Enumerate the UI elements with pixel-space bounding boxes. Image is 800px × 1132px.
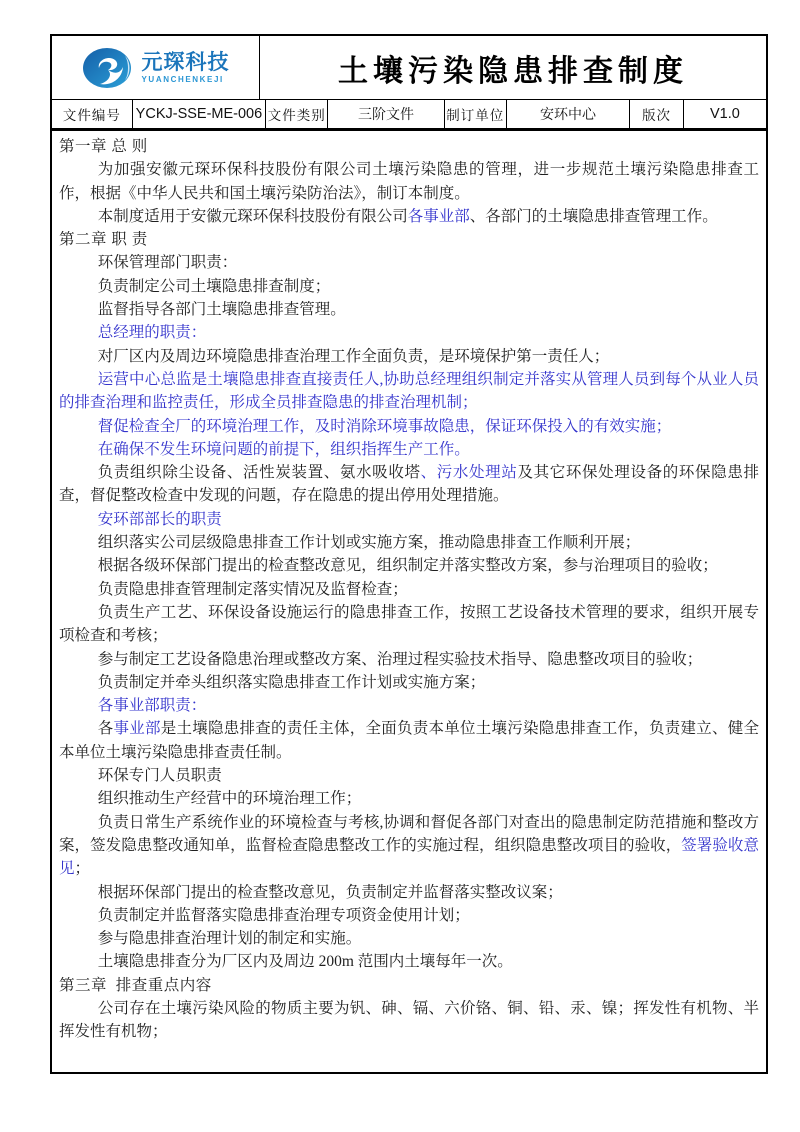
text-segment: 土壤隐患排查分为厂区内及周边 200m 范围内土壤每年一次。	[98, 953, 513, 970]
paragraph: 监督指导各部门土壤隐患排查管理。	[59, 298, 759, 321]
text-segment: 负责日常生产系统作业的环境检查与考核,协调和督促各部门对查出的隐患制定防范措施和…	[59, 814, 759, 854]
doc-number-label: 文件编号	[52, 100, 133, 128]
paragraph: 运营中心总监是土壤隐患排查直接责任人,协助总经理组织制定并落实从管理人员到每个从…	[59, 368, 759, 415]
text-segment: 根据环保部门提出的检查整改意见，负责制定并监督落实整改议案；	[98, 884, 563, 901]
text-segment: 负责制定并牵头组织落实隐患排查工作计划或实施方案；	[98, 674, 486, 691]
text-segment: 第三章 排查重点内容	[59, 977, 212, 994]
paragraph: 负责日常生产系统作业的环境检查与考核,协调和督促各部门对查出的隐患制定防范措施和…	[59, 811, 759, 881]
text-segment: 督促检查全厂的环境治理工作，及时消除环境事故隐患，保证环保投入的有效实施；	[98, 418, 672, 435]
text-segment: 负责制定公司土壤隐患排查制度；	[98, 278, 331, 295]
paragraph: 土壤隐患排查分为厂区内及周边 200m 范围内土壤每年一次。	[59, 950, 759, 973]
paragraph: 督促检查全厂的环境治理工作，及时消除环境事故隐患，保证环保投入的有效实施；	[59, 415, 759, 438]
paragraph: 总经理的职责：	[59, 321, 759, 344]
text-segment: 监督指导各部门土壤隐患排查管理。	[98, 301, 346, 318]
text-segment: 为加强安徽元琛环保科技股份有限公司土壤污染隐患的管理，进一步规范土壤污染隐患排查…	[59, 161, 759, 201]
doc-number-value: YCKJ-SSE-ME-006	[133, 100, 267, 128]
paragraph: 环保管理部门职责：	[59, 251, 759, 274]
paragraph: 参与隐患排查治理计划的制定和实施。	[59, 927, 759, 950]
paragraph: 公司存在土壤污染风险的物质主要为钒、砷、镉、六价铬、铜、铅、汞、镍；挥发性有机物…	[59, 997, 759, 1044]
company-logo-text: 元琛科技 YUANCHENKEJI	[142, 52, 230, 84]
paragraph: 负责制定公司土壤隐患排查制度；	[59, 275, 759, 298]
chapter-heading: 第二章 职 责	[59, 228, 759, 251]
chapter-heading: 第一章 总 则	[59, 135, 759, 158]
paragraph: 组织落实公司层级隐患排查工作计划或实施方案，推动隐患排查工作顺利开展；	[59, 531, 759, 554]
text-segment: 公司存在土壤污染风险的物质主要为钒、砷、镉、六价铬、铜、铅、汞、镍；挥发性有机物…	[59, 1000, 759, 1040]
doc-issuer-value: 安环中心	[507, 100, 631, 128]
text-segment: ；	[75, 860, 91, 877]
company-logo-icon	[82, 46, 134, 90]
paragraph: 本制度适用于安徽元琛环保科技股份有限公司各事业部、各部门的土壤隐患排查管理工作。	[59, 205, 759, 228]
text-segment: 安环部部长的职责	[98, 511, 222, 528]
document-header: 元琛科技 YUANCHENKEJI 土壤污染隐患排查制度	[52, 36, 766, 100]
text-segment: 参与制定工艺设备隐患治理或整改方案、治理过程实验技术指导、隐患整改项目的验收；	[98, 651, 703, 668]
doc-category-label: 文件类别	[266, 100, 328, 128]
text-segment: 组织推动生产经营中的环境治理工作；	[98, 790, 362, 807]
document-body: 第一章 总 则为加强安徽元琛环保科技股份有限公司土壤污染隐患的管理，进一步规范土…	[52, 131, 766, 1044]
document-info-row: 文件编号 YCKJ-SSE-ME-006 文件类别 三阶文件 制订单位 安环中心…	[52, 100, 766, 131]
text-segment: 第二章 职 责	[59, 231, 148, 248]
document-page: 元琛科技 YUANCHENKEJI 土壤污染隐患排查制度 文件编号 YCKJ-S…	[50, 34, 768, 1074]
title-cell: 土壤污染隐患排查制度	[260, 36, 766, 99]
text-segment: 、污水处理站	[421, 464, 518, 481]
text-segment: 环保管理部门职责：	[98, 254, 238, 271]
text-segment: 各事业部职责：	[98, 697, 207, 714]
document-title: 土壤污染隐患排查制度	[338, 46, 688, 90]
text-segment: 事业部	[114, 720, 161, 737]
company-name: 元琛科技	[142, 52, 230, 73]
paragraph: 对厂区内及周边环境隐患排查治理工作全面负责，是环境保护第一责任人；	[59, 345, 759, 368]
doc-version-label: 版次	[630, 100, 684, 128]
text-segment: 参与隐患排查治理计划的制定和实施。	[98, 930, 362, 947]
paragraph: 参与制定工艺设备隐患治理或整改方案、治理过程实验技术指导、隐患整改项目的验收；	[59, 648, 759, 671]
paragraph: 组织推动生产经营中的环境治理工作；	[59, 787, 759, 810]
paragraph: 负责制定并牵头组织落实隐患排查工作计划或实施方案；	[59, 671, 759, 694]
company-logo: 元琛科技 YUANCHENKEJI	[52, 36, 260, 99]
text-segment: 运营中心总监是土壤隐患排查直接责任人,协助总经理组织制定并落实从管理人员到每个从…	[59, 371, 759, 411]
paragraph: 为加强安徽元琛环保科技股份有限公司土壤污染隐患的管理，进一步规范土壤污染隐患排查…	[59, 158, 759, 205]
paragraph: 根据各级环保部门提出的检查整改意见，组织制定并落实整改方案，参与治理项目的验收；	[59, 554, 759, 577]
text-segment: 各	[98, 720, 114, 737]
chapter-heading: 第三章 排查重点内容	[59, 974, 759, 997]
text-segment: 负责组织除尘设备、活性炭装置、氨水吸收塔	[98, 464, 421, 481]
paragraph: 环保专门人员职责	[59, 764, 759, 787]
text-segment: 第一章 总 则	[59, 138, 148, 155]
paragraph: 负责组织除尘设备、活性炭装置、氨水吸收塔、污水处理站及其它环保处理设备的环保隐患…	[59, 461, 759, 508]
paragraph: 负责制定并监督落实隐患排查治理专项资金使用计划；	[59, 904, 759, 927]
text-segment: 组织落实公司层级隐患排查工作计划或实施方案，推动隐患排查工作顺利开展；	[98, 534, 641, 551]
text-segment: 对厂区内及周边环境隐患排查治理工作全面负责，是环境保护第一责任人；	[98, 348, 610, 365]
paragraph: 各事业部职责：	[59, 694, 759, 717]
doc-category-value: 三阶文件	[328, 100, 444, 128]
company-name-pinyin: YUANCHENKEJI	[142, 76, 230, 84]
text-segment: 各事业部	[408, 208, 470, 225]
text-segment: 总经理的职责：	[98, 324, 207, 341]
text-segment: 根据各级环保部门提出的检查整改意见，组织制定并落实整改方案，参与治理项目的验收；	[98, 557, 718, 574]
text-segment: 负责制定并监督落实隐患排查治理专项资金使用计划；	[98, 907, 470, 924]
text-segment: 本制度适用于安徽元琛环保科技股份有限公司	[98, 208, 408, 225]
text-segment: 是土壤隐患排查的责任主体，全面负责本单位土壤污染隐患排查工作，负责建立、健全本单…	[59, 720, 759, 760]
paragraph: 负责隐患排查管理制定落实情况及监督检查；	[59, 578, 759, 601]
text-segment: 负责生产工艺、环保设备设施运行的隐患排查工作，按照工艺设备技术管理的要求，组织开…	[59, 604, 759, 644]
text-segment: 负责隐患排查管理制定落实情况及监督检查；	[98, 581, 408, 598]
doc-version-value: V1.0	[684, 100, 766, 128]
paragraph: 在确保不发生环境问题的前提下，组织指挥生产工作。	[59, 438, 759, 461]
text-segment: 、各部门的土壤隐患排查管理工作。	[470, 208, 718, 225]
paragraph: 根据环保部门提出的检查整改意见，负责制定并监督落实整改议案；	[59, 881, 759, 904]
text-segment: 环保专门人员职责	[98, 767, 222, 784]
text-segment: 在确保不发生环境问题的前提下，组织指挥生产工作。	[98, 441, 470, 458]
paragraph: 各事业部是土壤隐患排查的责任主体，全面负责本单位土壤污染隐患排查工作，负责建立、…	[59, 717, 759, 764]
doc-issuer-label: 制订单位	[445, 100, 507, 128]
paragraph: 负责生产工艺、环保设备设施运行的隐患排查工作，按照工艺设备技术管理的要求，组织开…	[59, 601, 759, 648]
paragraph: 安环部部长的职责	[59, 508, 759, 531]
